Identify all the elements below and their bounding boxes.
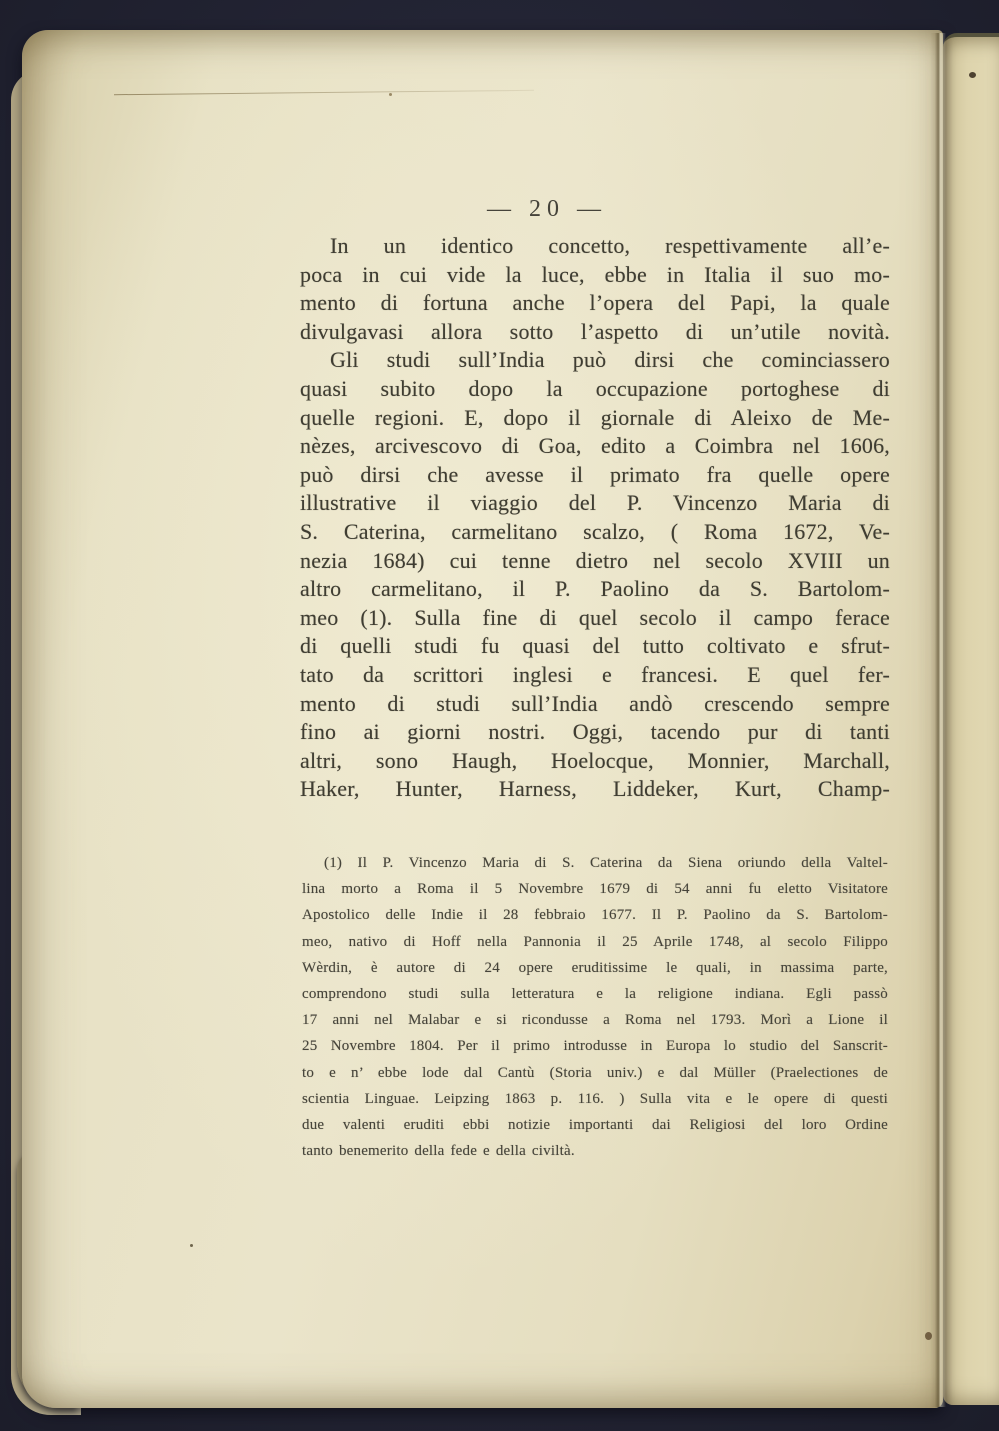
text-line: altro carmelitano, il P. Paolino da S. B… — [300, 575, 890, 604]
text-line: nezia 1684) cui tenne dietro nel secolo … — [300, 547, 890, 576]
text-line: di quelli studi fu quasi del tutto colti… — [300, 632, 890, 661]
text-line: Apostolico delle Indie il 28 febbraio 16… — [302, 902, 888, 928]
book-page: — 20 — In un identico concetto, respetti… — [22, 30, 943, 1408]
text-line: mento di fortuna anche l’opera del Papi,… — [300, 289, 890, 318]
text-line: Haker, Hunter, Harness, Liddeker, Kurt, … — [300, 775, 890, 804]
text-line: divulgavasi allora sotto l’aspetto di un… — [300, 318, 890, 347]
text-line: può dirsi che avesse il primato fra quel… — [300, 461, 890, 490]
text-line: mento di studi sull’India andò crescendo… — [300, 690, 890, 719]
text-line: altri, sono Haugh, Hoelocque, Monnier, M… — [300, 747, 890, 776]
text-line: (1) Il P. Vincenzo Maria di S. Caterina … — [302, 850, 888, 876]
text-line: due valenti eruditi ebbi notizie importa… — [302, 1112, 888, 1138]
text-line: 25 Novembre 1804. Per il primo introduss… — [302, 1033, 888, 1059]
text-line: Wèrdin, è autore di 24 opere eruditissim… — [302, 955, 888, 981]
paper-speck — [190, 1244, 193, 1247]
paper-speck — [925, 1332, 932, 1340]
text-line: quelle regioni. E, dopo il giornale di A… — [300, 404, 890, 433]
text-line: S. Caterina, carmelitano scalzo, ( Roma … — [300, 518, 890, 547]
paper-speck — [389, 93, 392, 96]
under-page-corner-line — [114, 90, 534, 95]
text-line: meo, nativo di Hoff nella Pannonia il 25… — [302, 929, 888, 955]
text-line: In un identico concetto, respettivamente… — [300, 232, 890, 261]
book-scan-photo: — 20 — In un identico concetto, respetti… — [0, 0, 999, 1431]
footnote: (1) Il P. Vincenzo Maria di S. Caterina … — [302, 850, 888, 1164]
text-line: to e n’ ebbe lode dal Cantù (Storia univ… — [302, 1060, 888, 1086]
next-page-fore-edge — [943, 33, 999, 1405]
text-line: tato da scrittori inglesi e francesi. E … — [300, 661, 890, 690]
text-line: meo (1). Sulla fine di quel secolo il ca… — [300, 604, 890, 633]
text-line: 17 anni nel Malabar e si ricondusse a Ro… — [302, 1007, 888, 1033]
page-number: — 20 — — [253, 196, 841, 223]
text-line: tanto benemerito della fede e della civi… — [302, 1138, 888, 1164]
text-line: nèzes, arcivescovo di Goa, edito a Coimb… — [300, 432, 890, 461]
text-line: illustrative il viaggio del P. Vincenzo … — [300, 489, 890, 518]
page-crease — [930, 33, 946, 1407]
body-text: In un identico concetto, respettivamente… — [300, 232, 890, 804]
text-line: lina morto a Roma il 5 Novembre 1679 di … — [302, 876, 888, 902]
text-line: Gli studi sull’India può dirsi che comin… — [300, 346, 890, 375]
text-line: comprendono studi sulla letteratura e la… — [302, 981, 888, 1007]
paper-speck — [969, 72, 976, 78]
text-line: quasi subito dopo la occupazione portogh… — [300, 375, 890, 404]
text-line: poca in cui vide la luce, ebbe in Italia… — [300, 261, 890, 290]
text-line: fino ai giorni nostri. Oggi, tacendo pur… — [300, 718, 890, 747]
text-line: scientia Linguae. Leipzing 1863 p. 116. … — [302, 1086, 888, 1112]
